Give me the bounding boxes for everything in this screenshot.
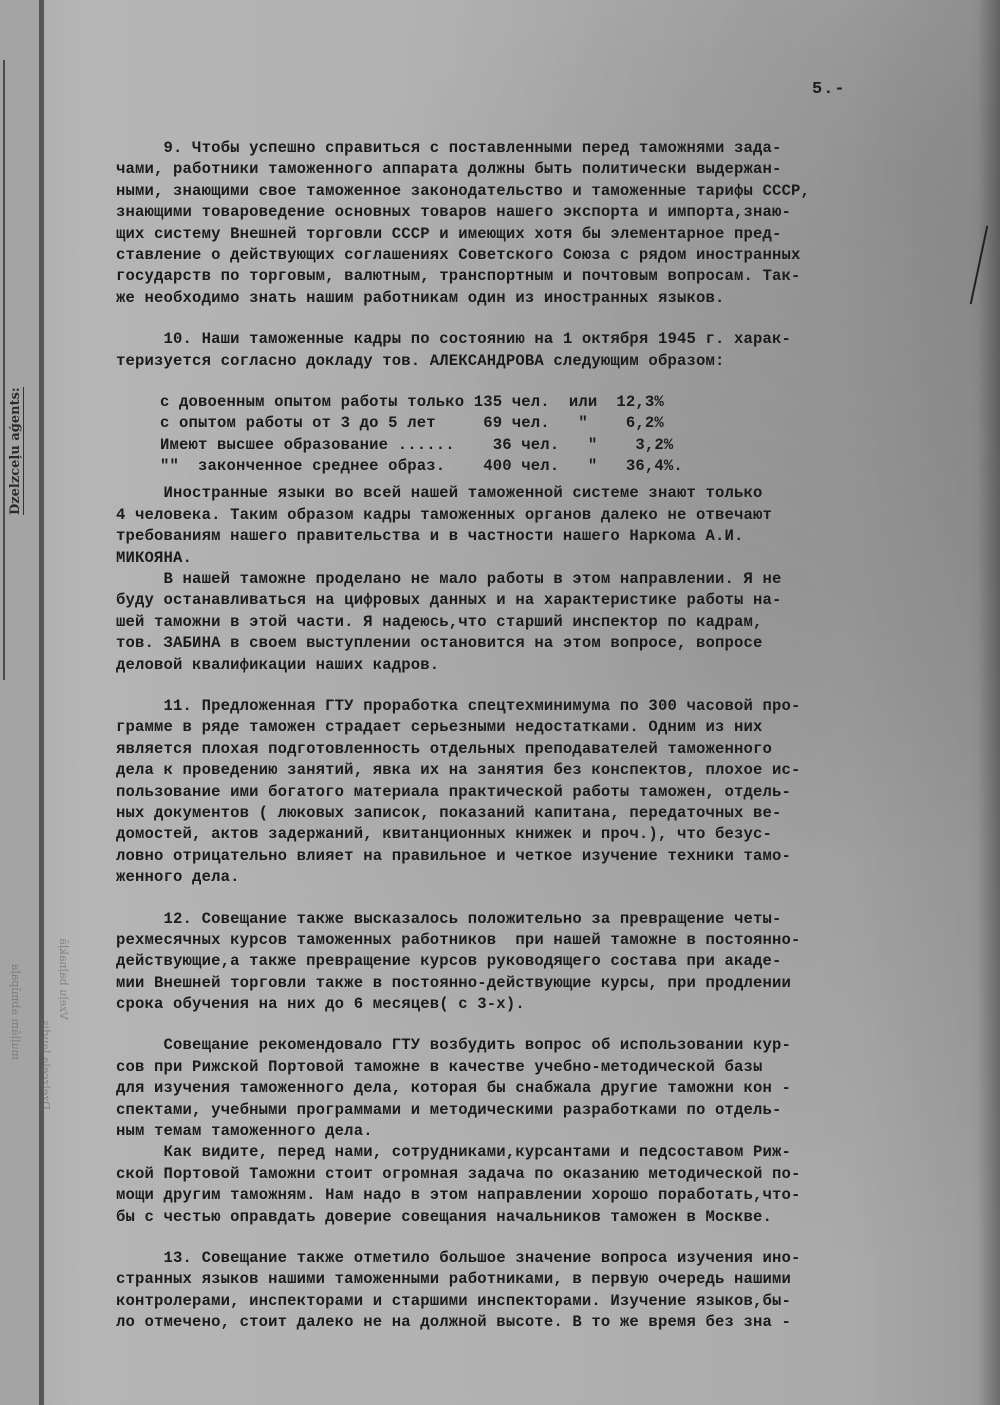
text-line: дела к проведению занятий, явка их на за… xyxy=(116,760,986,781)
margin-rule xyxy=(3,60,5,680)
text-line: является плохая подготовленность отдельн… xyxy=(116,739,986,760)
text-line: В нашей таможне проделано не мало работы… xyxy=(116,569,986,590)
staff-statistics-table: с довоенным опытом работы только 135 чел… xyxy=(160,392,986,478)
text-line: контролерами, инспекторами и старшими ин… xyxy=(116,1291,986,1312)
stat-row: с довоенным опытом работы только 135 чел… xyxy=(160,392,986,413)
text-line: 9. Чтобы успешно справиться с поставленн… xyxy=(116,138,986,159)
text-line: знающими товароведение основных товаров … xyxy=(116,202,986,223)
text-line: мощи другим таможням. Нам надо в этом на… xyxy=(116,1185,986,1206)
paragraph-p10c: В нашей таможне проделано не мало работы… xyxy=(116,569,986,676)
paragraph-p13: 13. Совещание также отметило большое зна… xyxy=(116,1248,986,1334)
text-line: 13. Совещание также отметило большое зна… xyxy=(116,1248,986,1269)
paragraph-p9: 9. Чтобы успешно справиться с поставленн… xyxy=(116,138,986,309)
text-line: ской Портовой Таможни стоит огромная зад… xyxy=(116,1164,986,1185)
text-line: теризуется согласно докладу тов. АЛЕКСАН… xyxy=(116,351,986,372)
text-line: ных документов ( люковых записок, показа… xyxy=(116,803,986,824)
text-line: тов. ЗАБИНА в своем выступлении останови… xyxy=(116,633,986,654)
text-line: бы с честью оправдать доверие совещания … xyxy=(116,1207,986,1228)
page-number: 5.- xyxy=(812,80,846,99)
text-line: грамме в ряде таможен страдает серьезным… xyxy=(116,717,986,738)
text-line: требованиям нашего правительства и в час… xyxy=(116,526,986,547)
text-line: женного дела. xyxy=(116,867,986,888)
text-line: мии Внешней торговли также в постоянно-д… xyxy=(116,973,986,994)
text-line: ставление о действующих соглашениях Сове… xyxy=(116,245,986,266)
text-line: странных языков нашими таможенными работ… xyxy=(116,1269,986,1290)
text-line: ловно отрицательно влияет на правильное … xyxy=(116,846,986,867)
margin-note: Dzelzceļu aģents: xyxy=(8,387,24,515)
text-line: 11. Предложенная ГТУ проработка спецтехм… xyxy=(116,696,986,717)
scanned-page: Dzelzceļu aģents: Vzeļu baļnakļā muļļām … xyxy=(0,0,1000,1405)
text-line: же необходимо знать нашим работникам оди… xyxy=(116,288,986,309)
paragraph-p12b: Совещание рекомендовало ГТУ возбудить во… xyxy=(116,1035,986,1228)
text-line: государств по торговым, валютным, трансп… xyxy=(116,266,986,287)
document-body: 9. Чтобы успешно справиться с поставленн… xyxy=(116,138,986,1334)
text-line: действующие,а также превращение курсов р… xyxy=(116,951,986,972)
bleed-through-text: muļļām abmīpaļa xyxy=(9,964,22,1060)
text-line: сов при Рижской Портовой таможне в качес… xyxy=(116,1057,986,1078)
paragraph-p12: 12. Совещание также высказалось положите… xyxy=(116,909,986,1016)
text-line: ным темам таможенного дела. xyxy=(116,1121,986,1142)
paragraph-p10: 10. Наши таможенные кадры по состоянию н… xyxy=(116,329,986,477)
text-line: щих систему Внешней торговли СССР и имею… xyxy=(116,224,986,245)
text-line: чами, работники таможенного аппарата дол… xyxy=(116,159,986,180)
text-line: деловой квалификации наших кадров. xyxy=(116,655,986,676)
text-line: срока обучения на них до 6 месяцев( с 3-… xyxy=(116,994,986,1015)
stat-row: Имеют высшее образование ...... 36 чел. … xyxy=(160,435,986,456)
text-line: 12. Совещание также высказалось положите… xyxy=(116,909,986,930)
text-line: рехмесячных курсов таможенных работников… xyxy=(116,930,986,951)
bleed-through-text: Vzeļu baļnakļā xyxy=(57,938,70,1020)
paragraph-p10b: Иностранные языки во всей нашей таможенн… xyxy=(116,483,986,569)
text-line: буду останавливаться на цифровых данных … xyxy=(116,590,986,611)
text-line: Иностранные языки во всей нашей таможенн… xyxy=(116,483,986,504)
text-line: спектами, учебными программами и методич… xyxy=(116,1100,986,1121)
text-line: ло отмечено, стоит далеко не на должной … xyxy=(116,1312,986,1333)
text-line: 4 человека. Таким образом кадры таможенн… xyxy=(116,505,986,526)
paragraph-p11: 11. Предложенная ГТУ проработка спецтехм… xyxy=(116,696,986,889)
text-line: ными, знающими свое таможенное законодат… xyxy=(116,181,986,202)
text-line: МИКОЯНА. xyxy=(116,548,986,569)
binding-line xyxy=(39,0,44,1405)
bleed-through-text: Dzelzceļa ļaudis xyxy=(39,1020,52,1110)
text-line: пользование ими богатого материала практ… xyxy=(116,782,986,803)
text-line: Как видите, перед нами, сотрудниками,кур… xyxy=(116,1142,986,1163)
text-line: для изучения таможенного дела, которая б… xyxy=(116,1078,986,1099)
page-edge-strip xyxy=(0,0,42,1405)
text-line: шей таможни в этой части. Я надеюсь,что … xyxy=(116,612,986,633)
text-line: домостей, актов задержаний, квитанционны… xyxy=(116,824,986,845)
text-line: 10. Наши таможенные кадры по состоянию н… xyxy=(116,329,986,350)
stat-row: "" законченное среднее образ. 400 чел. "… xyxy=(160,456,986,477)
stat-row: с опытом работы от 3 до 5 лет 69 чел. " … xyxy=(160,413,986,434)
text-line: Совещание рекомендовало ГТУ возбудить во… xyxy=(116,1035,986,1056)
